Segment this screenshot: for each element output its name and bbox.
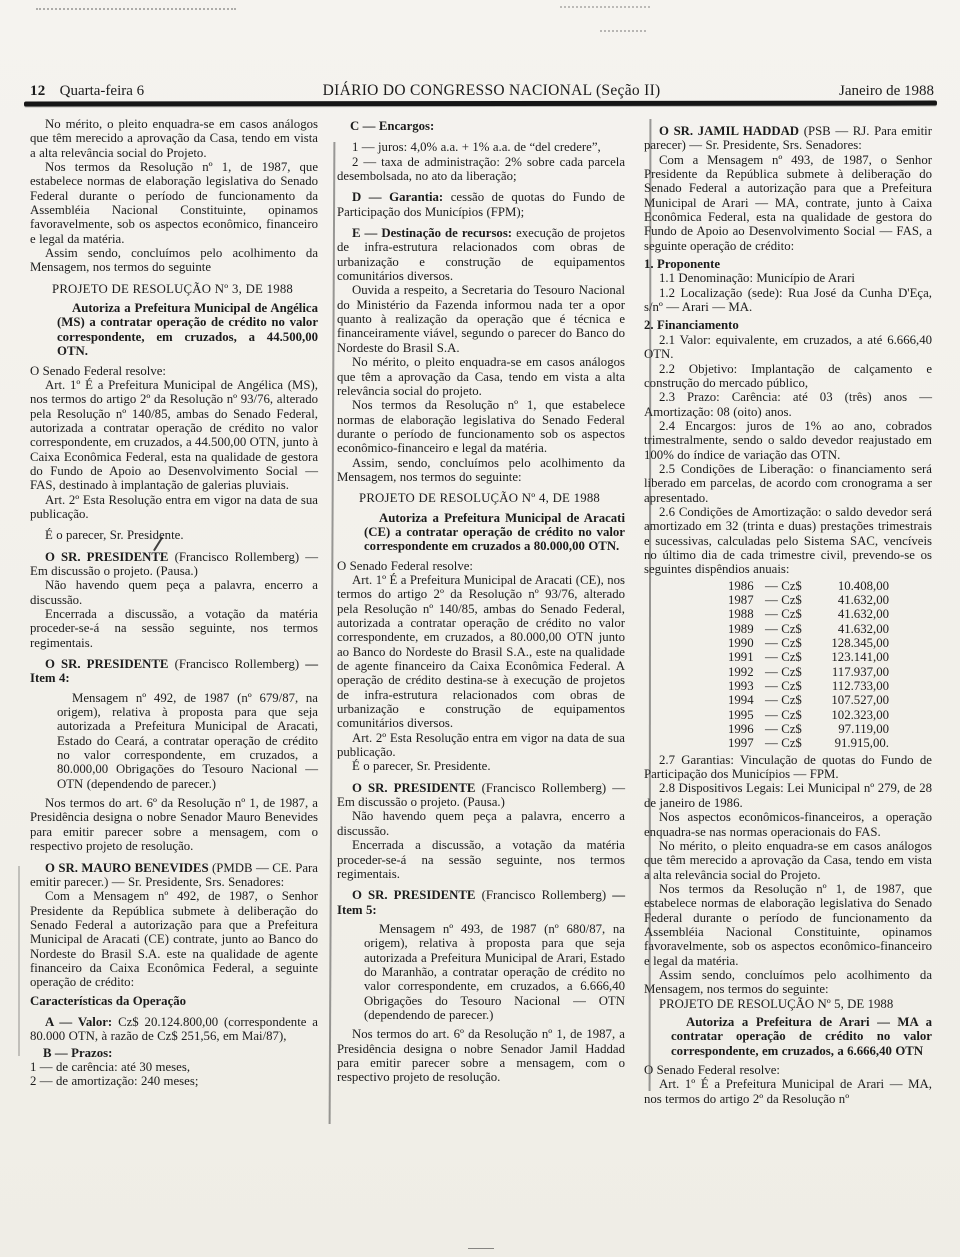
paragraph-text: Art. 2º Esta Resolução entra em vigor na… [30,493,318,521]
schedule-year: 1991 [728,650,765,664]
text-columns: No mérito, o pleito enquadra-se em casos… [30,117,931,1106]
schedule-year: 1996 [728,722,765,736]
publication-title: DIÁRIO DO CONGRESSO NACIONAL (Seção II) [323,82,661,100]
schedule-row: 1992— Cz$117.937,00 [728,665,932,679]
masthead-left: 12Quarta-feira 6 [30,83,144,100]
scan-artifact [468,1248,494,1249]
schedule-row: 1986— Cz$10.408,00 [728,579,932,593]
speaker-paragraph: O SR. PRESIDENTE (Francisco Rollemberg) … [30,550,318,579]
schedule-currency: — Cz$ [765,607,815,621]
schedule-row: 1993— Cz$112.733,00 [728,679,932,693]
schedule-row: 1994— Cz$107.527,00 [728,693,932,707]
paragraph-text: Art. 1º É a Prefeitura Municipal de Arar… [644,1077,932,1105]
paragraph: Nos termos do art. 6º da Resolução nº 1,… [30,796,318,853]
paragraph: Art. 2º Esta Resolução entra em vigor na… [30,493,318,522]
scan-artifact [36,8,236,10]
column-1: No mérito, o pleito enquadra-se em casos… [30,117,318,1106]
paragraph-text: Art. 1º É a Prefeitura Municipal de Angé… [30,378,318,492]
schedule-amount: 112.733,00 [815,679,889,693]
paragraph: 2.3 Prazo: Carência: até 03 (três) anos … [644,390,932,419]
schedule-currency: — Cz$ [765,665,815,679]
schedule-year: 1986 [728,579,765,593]
paragraph: 2.1 Valor: equivalente, em cruzados, a a… [644,333,932,362]
paragraph: Não havendo quem peça a palavra, encerro… [30,578,318,607]
paragraph: Ouvida a respeito, a Secretaria do Tesou… [337,283,625,355]
schedule-currency: — Cz$ [765,679,815,693]
heading: C — Encargos: [337,119,625,133]
message-quote: Mensagem nº 493, de 1987 (nº 680/87, na … [364,922,625,1022]
schedule-currency: — Cz$ [765,593,815,607]
paragraph: Com a Mensagem nº 492, de 1987, o Senhor… [30,889,318,989]
schedule-year: 1993 [728,679,765,693]
heading: B — Prazos: [30,1046,318,1060]
paragraph-text: Assim sendo, concluímos pelo acolhimento… [644,968,932,996]
paragraph-text: 2 — taxa de administração: 2% sobre cada… [337,155,625,183]
paragraph: O Senado Federal resolve: [337,559,625,573]
paragraph: 1 — juros: 4,0% a.a. + 1% a.a. de “del c… [337,140,625,154]
scan-artifact [18,866,20,1056]
masthead: 12Quarta-feira 6 DIÁRIO DO CONGRESSO NAC… [30,82,934,100]
speaker-paragraph: A — Valor: Cz$ 20.124.800,00 (correspond… [30,1015,318,1044]
paragraph-text: Autoriza a Prefeitura Municipal de Araca… [364,511,625,554]
speaker-name: O SR. PRESIDENTE [45,657,168,671]
scan-artifact [600,30,646,32]
paragraph-text: No mérito, o pleito enquadra-se em casos… [30,117,318,160]
schedule-year: 1994 [728,693,765,707]
schedule-amount: 102.323,00 [815,708,889,722]
paragraph-text: Assim, sendo, concluímos pelo acolhiment… [337,456,625,484]
schedule-amount: 10.408,00 [815,579,889,593]
paragraph-text: (Francisco Rollemberg) [175,657,300,671]
paragraph-text: No mérito, o pleito enquadra-se em casos… [644,839,932,882]
payment-schedule: 1986— Cz$10.408,001987— Cz$41.632,001988… [728,579,932,751]
section-title: PROJETO DE RESOLUÇÃO Nº 4, DE 1988 [359,491,625,505]
schedule-amount: 91.915,00. [815,736,889,750]
paragraph: É o parecer, Sr. Presidente. [337,759,625,773]
schedule-currency: — Cz$ [765,636,815,650]
paragraph: Assim sendo, concluímos pelo acolhimento… [644,968,932,997]
paragraph: PROJETO DE RESOLUÇÃO Nº 5, DE 1988 [644,997,932,1011]
paragraph-text: PROJETO DE RESOLUÇÃO Nº 3, DE 1988 [52,282,293,296]
schedule-currency: — Cz$ [765,693,815,707]
schedule-row: 1995— Cz$102.323,00 [728,708,932,722]
schedule-amount: 41.632,00 [815,607,889,621]
schedule-row: 1997— Cz$91.915,00. [728,736,932,750]
schedule-amount: 123.141,00 [815,650,889,664]
speaker-paragraph: E — Destinação de recursos: execução de … [337,226,625,283]
paragraph-text: Nos termos do art. 6º da Resolução nº 1,… [337,1027,625,1084]
schedule-year: 1992 [728,665,765,679]
schedule-amount: 41.632,00 [815,622,889,636]
speaker-name: E — Destinação de recursos: [352,226,512,240]
speaker-paragraph: O SR. JAMIL HADDAD (PSB — RJ. Para emiti… [644,124,932,153]
paragraph: No mérito, o pleito enquadra-se em casos… [644,839,932,882]
paragraph-text: (Francisco Rollemberg) [482,888,607,902]
paragraph-text: 2.8 Dispositivos Legais: Lei Municipal n… [644,781,932,809]
column-3: O SR. JAMIL HADDAD (PSB — RJ. Para emiti… [644,117,932,1106]
paragraph-text: 2.4 Encargos: juros de 1% ao ano, cobrad… [644,419,932,462]
paragraph-text: O Senado Federal resolve: [337,559,473,573]
paragraph-text: 2.5 Condições de Liberação: o financiame… [644,462,932,505]
paragraph: O Senado Federal resolve: [644,1063,932,1077]
page-number: 12 [30,83,46,99]
paragraph-text: 1. Proponente [644,257,720,271]
schedule-year: 1995 [728,708,765,722]
paragraph: 1 — de carência: até 30 meses, [30,1060,318,1074]
message-quote: Mensagem nº 492, de 1987 (nº 679/87, na … [57,691,318,791]
schedule-year: 1988 [728,607,765,621]
paragraph: Com a Mensagem nº 493, de 1987, o Senhor… [644,153,932,253]
paragraph-text: 2.3 Prazo: Carência: até 03 (três) anos … [644,390,932,418]
schedule-amount: 107.527,00 [815,693,889,707]
issue-date: Janeiro de 1988 [839,83,934,100]
paragraph-text: PROJETO DE RESOLUÇÃO Nº 5, DE 1988 [659,997,893,1011]
paragraph-text: Não havendo quem peça a palavra, encerro… [337,809,625,837]
paragraph: 2 — taxa de administração: 2% sobre cada… [337,155,625,184]
schedule-amount: 97.119,00 [815,722,889,736]
schedule-currency: — Cz$ [765,622,815,636]
paragraph: 1.2 Localização (sede): Rua José da Cunh… [644,286,932,315]
schedule-currency: — Cz$ [765,722,815,736]
paragraph-text: 2.7 Garantias: Vinculação de quotas do F… [644,753,932,781]
schedule-currency: — Cz$ [765,650,815,664]
resolution-ementa: Autoriza a Prefeitura de Arari — MA a co… [671,1015,932,1058]
paragraph: O Senado Federal resolve: [30,364,318,378]
paragraph-text: 2. Financiamento [644,318,739,332]
schedule-amount: 117.937,00 [815,665,889,679]
paragraph: No mérito, o pleito enquadra-se em casos… [337,355,625,398]
section-title: PROJETO DE RESOLUÇÃO Nº 3, DE 1988 [52,282,318,296]
schedule-row: 1990— Cz$128.345,00 [728,636,932,650]
schedule-row: 1989— Cz$41.632,00 [728,622,932,636]
speaker-paragraph: O SR. PRESIDENTE (Francisco Rollemberg) … [337,781,625,810]
paragraph-text: Características da Operação [30,994,186,1008]
weekday-label: Quarta-feira 6 [60,83,145,99]
paragraph-text: Mensagem nº 492, de 1987 (nº 679/87, na … [57,691,318,791]
resolution-ementa: Autoriza a Prefeitura Municipal de Araca… [364,511,625,554]
paragraph-text: O Senado Federal resolve: [644,1063,780,1077]
paragraph-text: Encerrada a discussão, a votação da maté… [30,607,318,650]
paragraph-text: 2 — de amortização: 240 meses; [30,1074,198,1088]
paragraph: Encerrada a discussão, a votação da maté… [337,838,625,881]
paragraph-text: Autoriza a Prefeitura Municipal de Angél… [57,301,318,358]
schedule-currency: — Cz$ [765,708,815,722]
paragraph-text: 1 — de carência: até 30 meses, [30,1060,190,1074]
paragraph-text: Nos aspectos econômicos-financeiros, a o… [644,810,932,838]
paragraph: É o parecer, Sr. Presidente. [30,528,318,542]
paragraph-text: Nos termos da Resolução nº 1, que estabe… [337,398,625,455]
paragraph-text: O Senado Federal resolve: [30,364,166,378]
paragraph-text: 1.1 Denominação: Município de Arari [659,271,855,285]
paragraph-text: Nos termos da Resolução nº 1, de 1987, q… [30,160,318,246]
speaker-paragraph: D — Garantia: cessão de quotas do Fundo … [337,190,625,219]
paragraph-text: 2.6 Condições de Amortização: o saldo de… [644,505,932,576]
paragraph: 2.6 Condições de Amortização: o saldo de… [644,505,932,577]
schedule-row: 1996— Cz$97.119,00 [728,722,932,736]
paragraph-text: Mensagem nº 493, de 1987 (nº 680/87, na … [364,922,625,1022]
paragraph: Assim sendo, concluímos pelo acolhimento… [30,246,318,275]
paragraph: 2.2 Objetivo: Implantação de calçamento … [644,362,932,391]
paragraph: Assim, sendo, concluímos pelo acolhiment… [337,456,625,485]
paragraph-text: Com a Mensagem nº 492, de 1987, o Senhor… [30,889,318,989]
heading: Características da Operação [30,994,318,1008]
paragraph-text: B — Prazos: [43,1046,112,1060]
paragraph: Nos termos da Resolução nº 1, que estabe… [337,398,625,455]
schedule-row: 1987— Cz$41.632,00 [728,593,932,607]
speaker-name: A — Valor: [45,1015,112,1029]
paragraph: 1.1 Denominação: Município de Arari [644,271,932,285]
schedule-year: 1997 [728,736,765,750]
speaker-name: D — Garantia: [352,190,443,204]
heading: 2. Financiamento [644,318,932,332]
paragraph-text: Assim sendo, concluímos pelo acolhimento… [30,246,318,274]
paragraph-text: PROJETO DE RESOLUÇÃO Nº 4, DE 1988 [359,491,600,505]
paragraph: Art. 2º Esta Resolução entra em vigor na… [337,731,625,760]
speaker-name: O SR. PRESIDENTE [352,781,475,795]
paragraph-text: Com a Mensagem nº 493, de 1987, o Senhor… [644,153,932,253]
paragraph-text: Encerrada a discussão, a votação da maté… [337,838,625,881]
scan-artifact [560,6,650,8]
schedule-year: 1989 [728,622,765,636]
schedule-amount: 41.632,00 [815,593,889,607]
paragraph-text: 1.2 Localização (sede): Rua José da Cunh… [644,286,932,314]
paragraph: No mérito, o pleito enquadra-se em casos… [30,117,318,160]
column-2: C — Encargos:1 — juros: 4,0% a.a. + 1% a… [337,117,625,1106]
paragraph-text: No mérito, o pleito enquadra-se em casos… [337,355,625,398]
paragraph-text: Não havendo quem peça a palavra, encerro… [30,578,318,606]
schedule-currency: — Cz$ [765,736,815,750]
paragraph: 2.5 Condições de Liberação: o financiame… [644,462,932,505]
paragraph: Encerrada a discussão, a votação da maté… [30,607,318,650]
speaker-paragraph: O SR. MAURO BENEVIDES (PMDB — CE. Para e… [30,861,318,890]
paragraph-text: Ouvida a respeito, a Secretaria do Tesou… [337,283,625,354]
schedule-currency: — Cz$ [765,579,815,593]
paragraph: Nos termos da Resolução nº 1, de 1987, q… [30,160,318,246]
paragraph-text: É o parecer, Sr. Presidente. [352,759,491,773]
schedule-row: 1988— Cz$41.632,00 [728,607,932,621]
paragraph: 2.4 Encargos: juros de 1% ao ano, cobrad… [644,419,932,462]
paragraph-text: Nos termos do art. 6º da Resolução nº 1,… [30,796,318,853]
paragraph-text: 2.1 Valor: equivalente, em cruzados, a a… [644,333,932,361]
speaker-name: O SR. JAMIL HADDAD [659,124,799,138]
schedule-year: 1990 [728,636,765,650]
paragraph-text: Autoriza a Prefeitura de Arari — MA a co… [671,1015,932,1058]
paragraph: Nos termos da Resolução nº 1, de 1987, q… [644,882,932,968]
speaker-paragraph: O SR. PRESIDENTE (Francisco Rollemberg) … [337,888,625,917]
paragraph: 2 — de amortização: 240 meses; [30,1074,318,1088]
paragraph: Art. 1º É a Prefeitura Municipal de Arar… [644,1077,932,1106]
speaker-name: O SR. MAURO BENEVIDES [45,861,209,875]
schedule-row: 1991— Cz$123.141,00 [728,650,932,664]
paragraph-text: É o parecer, Sr. Presidente. [45,528,184,542]
schedule-year: 1987 [728,593,765,607]
speaker-paragraph: O SR. PRESIDENTE (Francisco Rollemberg) … [30,657,318,686]
paragraph: 2.8 Dispositivos Legais: Lei Municipal n… [644,781,932,810]
schedule-amount: 128.345,00 [815,636,889,650]
paragraph-text: Nos termos da Resolução nº 1, de 1987, q… [644,882,932,968]
paragraph: Nos termos do art. 6º da Resolução nº 1,… [337,1027,625,1084]
paragraph: Art. 1º É a Prefeitura Municipal de Arac… [337,573,625,731]
paragraph-text: 2.2 Objetivo: Implantação de calçamento … [644,362,932,390]
paragraph: Art. 1º É a Prefeitura Municipal de Angé… [30,378,318,493]
paragraph-text: Art. 2º Esta Resolução entra em vigor na… [337,731,625,759]
paragraph: 2.7 Garantias: Vinculação de quotas do F… [644,753,932,782]
paragraph-text: 1 — juros: 4,0% a.a. + 1% a.a. de “del c… [352,140,601,154]
paragraph-text: Art. 1º É a Prefeitura Municipal de Arac… [337,573,625,730]
paragraph-text: C — Encargos: [350,119,434,133]
paragraph: Não havendo quem peça a palavra, encerro… [337,809,625,838]
paragraph: Nos aspectos econômicos-financeiros, a o… [644,810,932,839]
newspaper-page: 12Quarta-feira 6 DIÁRIO DO CONGRESSO NAC… [0,0,960,1257]
masthead-rule [24,101,937,106]
speaker-name: O SR. PRESIDENTE [45,550,168,564]
heading: 1. Proponente [644,257,932,271]
speaker-name: O SR. PRESIDENTE [352,888,475,902]
resolution-ementa: Autoriza a Prefeitura Municipal de Angél… [57,301,318,358]
